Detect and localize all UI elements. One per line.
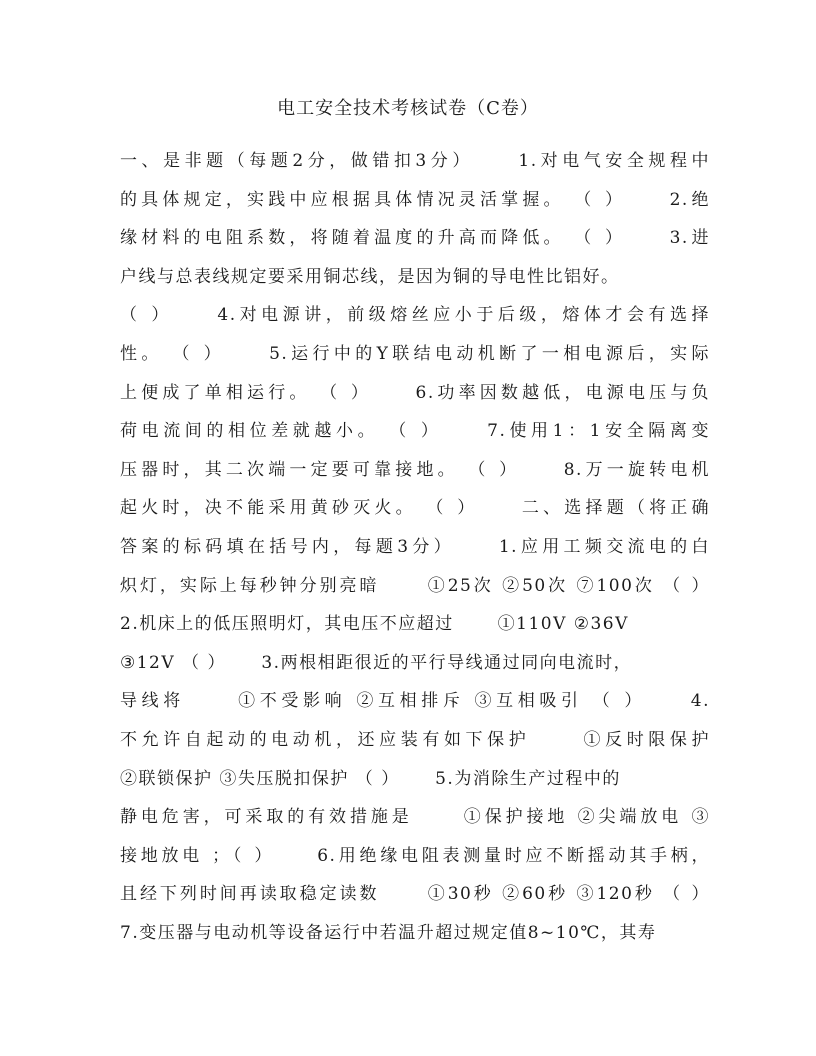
text-line: 压器时，其二次端一定要可靠接地。 （ ） 8.万一旋转电机 bbox=[120, 455, 710, 494]
text-line: 户线与总表线规定要采用铜芯线，是因为铜的导电性比铝好。 bbox=[120, 262, 710, 301]
text-line: 一、是非题（每题2分，做错扣3分） 1.对电气安全规程中 bbox=[120, 146, 710, 185]
text-line: 上便成了单相运行。 （ ） 6.功率因数越低，电源电压与负 bbox=[120, 378, 710, 417]
text-line: 接地放电 ；（ ） 6.用绝缘电阻表测量时应不断摇动其手柄， bbox=[120, 841, 710, 880]
text-line: ③12V （ ） 3.两根相距很近的平行导线通过同向电流时， bbox=[120, 648, 710, 687]
document-title: 电工安全技术考核试卷（C卷） bbox=[0, 94, 816, 120]
text-line: （ ） 4.对电源讲，前级熔丝应小于后级，熔体才会有选择 bbox=[120, 300, 710, 339]
text-line: 炽灯，实际上每秒钟分别亮暗 ①25次 ②50次 ⑦100次 （ ） bbox=[120, 571, 710, 610]
text-line: 答案的标码填在括号内，每题3分） 1.应用工频交流电的白 bbox=[120, 532, 710, 571]
text-line: 性。 （ ） 5.运行中的Y联结电动机断了一相电源后，实际 bbox=[120, 339, 710, 378]
text-line: 起火时，决不能采用黄砂灭火。 （ ） 二、选择题（将正确 bbox=[120, 493, 710, 532]
text-line: 7.变压器与电动机等设备运行中若温升超过规定值8~10℃，其寿 bbox=[120, 918, 710, 957]
text-line: 不允许自起动的电动机，还应装有如下保护 ①反时限保护 bbox=[120, 725, 710, 764]
text-line: 的具体规定，实践中应根据具体情况灵活掌握。 （ ） 2.绝 bbox=[120, 185, 710, 224]
text-line: 导线将 ①不受影响 ②互相排斥 ③互相吸引 （ ） 4. bbox=[120, 686, 710, 725]
text-line: 缘材料的电阻系数，将随着温度的升高而降低。 （ ） 3.进 bbox=[120, 223, 710, 262]
document-body: 一、是非题（每题2分，做错扣3分） 1.对电气安全规程中 的具体规定，实践中应根… bbox=[120, 146, 710, 956]
text-line: 静电危害，可采取的有效措施是 ①保护接地 ②尖端放电 ③ bbox=[120, 802, 710, 841]
text-line: 2.机床上的低压照明灯，其电压不应超过 ①110V ②36V bbox=[120, 609, 710, 648]
text-line: ②联锁保护 ③失压脱扣保护 （ ） 5.为消除生产过程中的 bbox=[120, 764, 710, 803]
text-line: 且经下列时间再读取稳定读数 ①30秒 ②60秒 ③120秒 （ ） bbox=[120, 879, 710, 918]
text-line: 荷电流间的相位差就越小。 （ ） 7.使用1：1安全隔离变 bbox=[120, 416, 710, 455]
